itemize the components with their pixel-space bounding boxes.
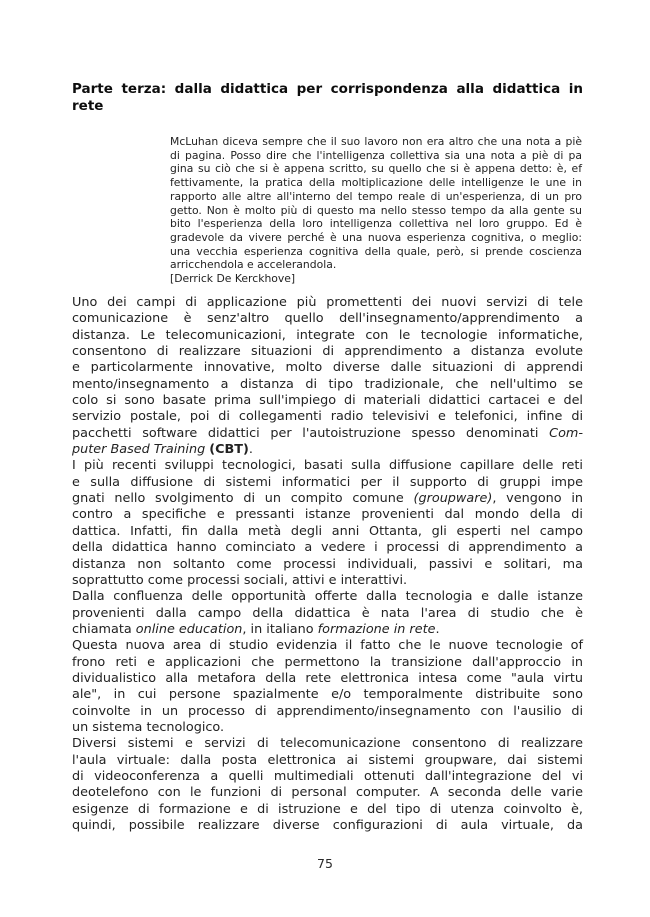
text-line: Questa nuova area di studio evidenzia il… <box>72 638 583 654</box>
paragraph: Uno dei campi di applicazione più promet… <box>72 295 583 458</box>
page-number: 75 <box>0 856 650 871</box>
text-line: dattica. Infatti, fin dalla metà degli a… <box>72 524 583 540</box>
text-line: una vecchia esperienza cognitiva della q… <box>170 245 582 259</box>
text-line: Dalla confluenza delle opportunità offer… <box>72 589 583 605</box>
text-line: quindi, possibile realizzare diverse con… <box>72 818 583 834</box>
text-line: e sulla diffusione di sistemi informatic… <box>72 475 583 491</box>
quote-block: McLuhan diceva sempre che il suo lavoro … <box>170 135 582 286</box>
text-line: l'aula virtuale: dalla posta elettronica… <box>72 753 583 769</box>
paragraph: Dalla confluenza delle opportunità offer… <box>72 589 583 638</box>
text-line: gina su ciò che si è appena scritto, su … <box>170 162 582 176</box>
document-page: Parte terza: dalla didattica per corrisp… <box>0 0 650 917</box>
text-line: bito l'esperienza della loro intelligenz… <box>170 217 582 231</box>
text-line: fettivamente, la pratica della moltiplic… <box>170 176 582 190</box>
text-line: puter Based Training (CBT). <box>72 442 583 458</box>
text-line: gradevole da vivere perché è una nuova e… <box>170 231 582 245</box>
text-line: I più recenti sviluppi tecnologici, basa… <box>72 458 583 474</box>
text-line: comunicazione è senz'altro quello dell'i… <box>72 311 583 327</box>
text-line: un sistema tecnologico. <box>72 720 583 736</box>
text-line: pacchetti software didattici per l'autoi… <box>72 426 583 442</box>
text-line: gnati nello svolgimento di un compito co… <box>72 491 583 507</box>
text-line: consentono di realizzare situazioni di a… <box>72 344 583 360</box>
text-line: Parte terza: dalla didattica per corrisp… <box>72 81 583 98</box>
text-line: esigenze di formazione e di istruzione e… <box>72 802 583 818</box>
paragraph: Diversi sistemi e servizi di telecomunic… <box>72 736 583 834</box>
section-title: Parte terza: dalla didattica per corrisp… <box>72 81 583 115</box>
quote-text: McLuhan diceva sempre che il suo lavoro … <box>170 135 582 272</box>
paragraph: Questa nuova area di studio evidenzia il… <box>72 638 583 736</box>
bold-text: (CBT) <box>209 442 249 457</box>
paragraph: I più recenti sviluppi tecnologici, basa… <box>72 458 583 589</box>
text-line: chiamata online education, in italiano f… <box>72 622 583 638</box>
text-line: rapporto alle altre all'interno del temp… <box>170 190 582 204</box>
text-line: dividualistico alla metafora della rete … <box>72 671 583 687</box>
quote-attribution: [Derrick De Kerckhove] <box>170 272 582 286</box>
text-line: della didattica hanno cominciato a veder… <box>72 540 583 556</box>
italic-text: (groupware) <box>413 491 492 506</box>
text-line: e particolarmente innovative, molto dive… <box>72 360 583 376</box>
text-line: rete <box>72 98 583 115</box>
italic-text: formazione in rete <box>318 622 436 637</box>
text-line: provenienti dalla campo della didattica … <box>72 606 583 622</box>
text-line: distanza non soltanto come processi indi… <box>72 557 583 573</box>
text-line: Diversi sistemi e servizi di telecomunic… <box>72 736 583 752</box>
italic-text: online education <box>136 622 243 637</box>
body-text: Uno dei campi di applicazione più promet… <box>72 295 583 834</box>
italic-text: puter Based Training <box>72 442 205 457</box>
text-line: distanza. Le telecomunicazioni, integrat… <box>72 328 583 344</box>
text-line: di pagina. Posso dire che l'intelligenza… <box>170 149 582 163</box>
text-line: coinvolte in un processo di apprendiment… <box>72 704 583 720</box>
text-line: getto. Non è molto più di questo ma nell… <box>170 204 582 218</box>
text-line: servizio postale, poi di collegamenti ra… <box>72 409 583 425</box>
text-line: ale", in cui persone spazialmente e/o te… <box>72 687 583 703</box>
text-line: McLuhan diceva sempre che il suo lavoro … <box>170 135 582 149</box>
text-line: di videoconferenza a quelli multimediali… <box>72 769 583 785</box>
text-line: contro a specifiche e pressanti istanze … <box>72 507 583 523</box>
text-line: mento/insegnamento a distanza di tipo tr… <box>72 377 583 393</box>
text-line: frono reti e applicazioni che permettono… <box>72 655 583 671</box>
text-line: soprattutto come processi sociali, attiv… <box>72 573 583 589</box>
text-line: deotelefono con le funzioni di personal … <box>72 785 583 801</box>
text-line: Uno dei campi di applicazione più promet… <box>72 295 583 311</box>
text-line: colo si sono basate prima sull'impiego d… <box>72 393 583 409</box>
italic-text: Com- <box>549 426 583 441</box>
text-line: arricchendola e accelerandola. <box>170 258 582 272</box>
text-line: [Derrick De Kerckhove] <box>170 272 582 286</box>
